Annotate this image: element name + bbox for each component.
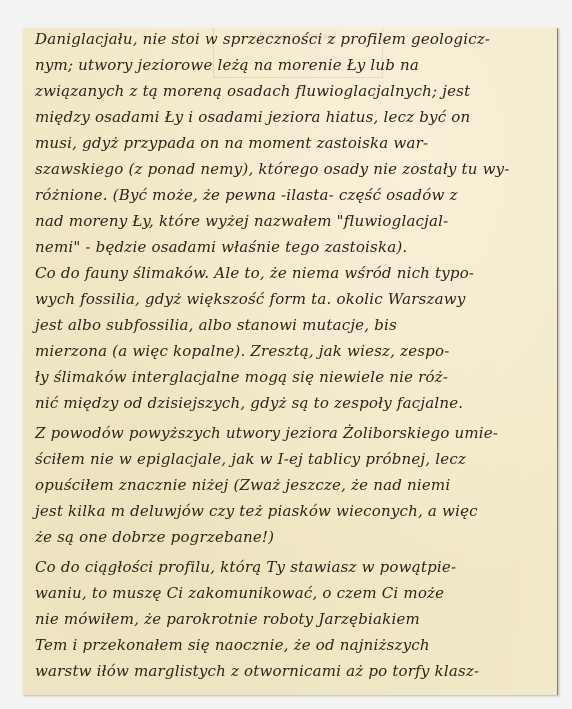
letter-page: Dział Dokumentacji Daniglacjału, nie sto…: [23, 28, 558, 695]
text-line: jest albo subfossilia, albo stanowi muta…: [35, 316, 397, 334]
text-line: nić między od dzisiejszych, gdyż są to z…: [35, 394, 463, 412]
text-line: jest kilka m deluwjów czy też piasków wi…: [35, 502, 478, 520]
text-line: Z powodów powyższych utwory jeziora Żoli…: [35, 424, 498, 442]
text-line: między osadami Ły i osadami jeziora hiat…: [35, 108, 470, 126]
text-line: różnione. (Być może, że pewna -ilasta- c…: [35, 186, 458, 204]
text-line: nad moreny Ły, które wyżej nazwałem "flu…: [35, 212, 448, 230]
text-line: ściłem nie w epiglacjale, jak w I-ej tab…: [35, 450, 466, 468]
text-line: że są one dobrze pogrzebane!): [35, 528, 274, 546]
text-line: musi, gdyż przypada on na moment zastois…: [35, 134, 428, 152]
text-line: nym; utwory jeziorowe leżą na morenie Ły…: [35, 56, 419, 74]
text-line: Co do ciągłości profilu, którą Ty stawia…: [35, 558, 456, 576]
text-line: nie mówiłem, że parokrotnie roboty Jarzę…: [35, 610, 420, 628]
text-line: ły ślimaków interglacjalne mogą się niew…: [35, 368, 448, 386]
text-line: Tem i przekonałem się naocznie, że od na…: [35, 636, 430, 654]
text-line: waniu, to muszę Ci zakomunikować, o czem…: [35, 584, 444, 602]
text-line: Daniglacjału, nie stoi w sprzeczności z …: [35, 30, 490, 48]
text-line: opuściłem znacznie niżej (Zważ jeszcze, …: [35, 476, 450, 494]
text-line: mierzona (a więc kopalne). Zresztą, jak …: [35, 342, 449, 360]
text-line: związanych z tą moreną osadach fluwiogla…: [35, 82, 470, 100]
text-line: nemi" - będzie osadami właśnie tego zast…: [35, 238, 407, 256]
text-line: szawskiego (z ponad nemy), którego osady…: [35, 160, 510, 178]
text-line: Co do fauny ślimaków. Ale to, że niema w…: [35, 264, 474, 282]
text-line: warstw iłów marglistych z otwornicami aż…: [35, 662, 479, 680]
text-line: wych fossilia, gdyż większość form ta. o…: [35, 290, 466, 308]
